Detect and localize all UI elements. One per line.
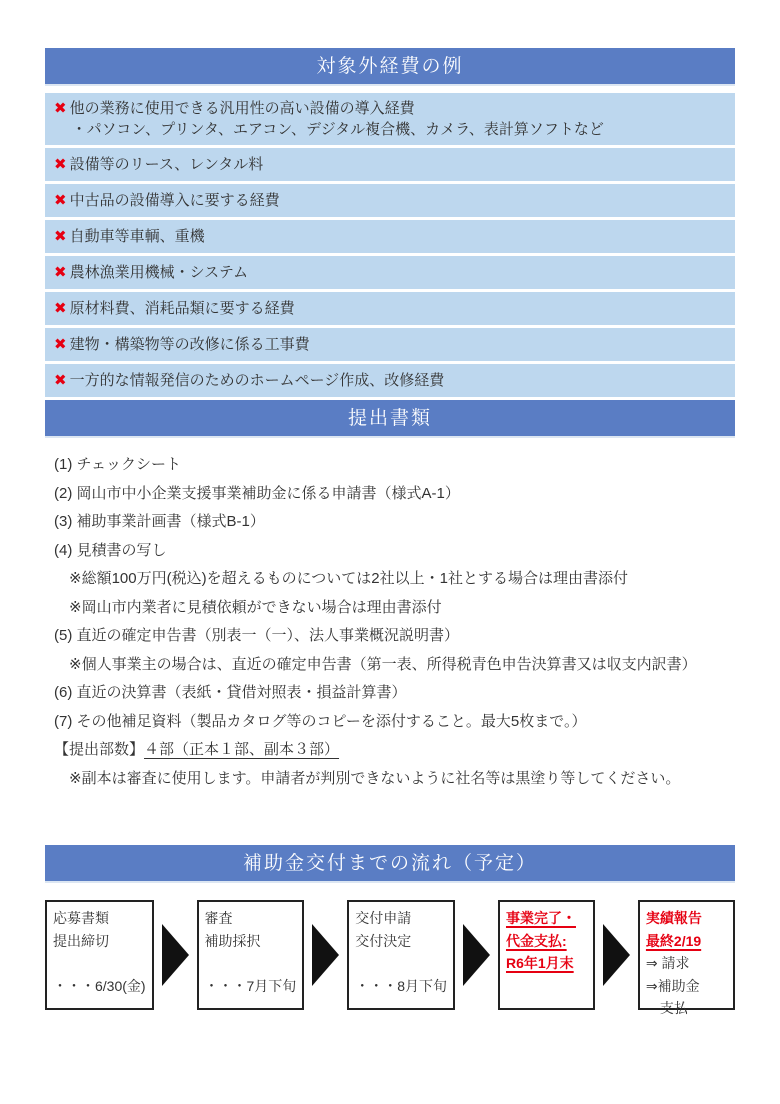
flow-step-grant-decision: 交付申請 交付決定 ・・・8月下旬 [347, 900, 455, 1010]
flow-step-result-report: 実績報告 最終2/19 ⇒ 請求 ⇒補助金 支払 [638, 900, 735, 1010]
doc-line: (5) 直近の確定申告書（別表一（一）、法人事業概況説明書） [54, 622, 726, 651]
section-header-flow: 補助金交付までの流れ（予定） [45, 845, 735, 883]
list-item: ✖ 農林漁業用機械・システム [45, 256, 735, 289]
flow-chart: 応募書類 提出締切 ・・・6/30(金) 審査 補助採択 ・・・7月下旬 交付申… [45, 900, 735, 1010]
doc-note-line: ※総額100万円(税込)を超えるものについては2社以上・1社とする場合は理由書添… [54, 565, 726, 594]
doc-note-line: ※個人事業主の場合は、直近の確定申告書（第一表、所得税青色申告決算書又は収支内訳… [54, 651, 726, 680]
x-mark-icon: ✖ [54, 262, 67, 283]
item-text: 農林漁業用機械・システム [70, 262, 726, 283]
documents-list: (1) チェックシート (2) 岡山市中小企業支援事業補助金に係る申請書（様式A… [45, 438, 735, 793]
list-item: ✖ 中古品の設備導入に要する経費 [45, 184, 735, 217]
submission-count-prefix: 【提出部数】 [54, 741, 144, 758]
item-text: 他の業務に使用できる汎用性の高い設備の導入経費 [70, 98, 726, 119]
doc-line: (6) 直近の決算書（表紙・貸借対照表・損益計算書） [54, 679, 726, 708]
doc-line: (4) 見積書の写し [54, 537, 726, 566]
excluded-expenses-list: ✖ 他の業務に使用できる汎用性の高い設備の導入経費 ・パソコン、プリンタ、エアコ… [45, 93, 735, 397]
item-text: 一方的な情報発信のためのホームページ作成、改修経費 [70, 370, 726, 391]
doc-line: (1) チェックシート [54, 451, 726, 480]
flow-step-project-completion: 事業完了・ 代金支払: R6年1月末 [498, 900, 595, 1010]
flow-arrow-icon [463, 924, 490, 986]
list-item: ✖ 一方的な情報発信のためのホームページ作成、改修経費 [45, 364, 735, 397]
x-mark-icon: ✖ [54, 334, 67, 355]
list-item: ✖ 設備等のリース、レンタル料 [45, 148, 735, 181]
section-header-documents: 提出書類 [45, 400, 735, 438]
x-mark-icon: ✖ [54, 154, 67, 175]
doc-note-line: ※岡山市内業者に見積依頼ができない場合は理由書添付 [54, 594, 726, 623]
list-item: ✖ 自動車等車輌、重機 [45, 220, 735, 253]
flow-arrow-icon [603, 924, 630, 986]
list-item: ✖ 他の業務に使用できる汎用性の高い設備の導入経費 ・パソコン、プリンタ、エアコ… [45, 93, 735, 145]
flow-arrow-icon [162, 924, 189, 986]
flow-step-review-adoption: 審査 補助採択 ・・・7月下旬 [197, 900, 305, 1010]
flow-arrow-icon [312, 924, 339, 986]
flow-step-application-deadline: 応募書類 提出締切 ・・・6/30(金) [45, 900, 154, 1010]
x-mark-icon: ✖ [54, 298, 67, 319]
item-text: 中古品の設備導入に要する経費 [70, 190, 726, 211]
doc-line: (7) その他補足資料（製品カタログ等のコピーを添付すること。最大5枚まで。） [54, 708, 726, 737]
x-mark-icon: ✖ [54, 226, 67, 247]
submission-count-value: ４部（正本１部、副本３部） [144, 741, 349, 758]
doc-line: (3) 補助事業計画書（様式B-1） [54, 508, 726, 537]
list-item: ✖ 原材料費、消耗品類に要する経費 [45, 292, 735, 325]
item-subtext: ・パソコン、プリンタ、エアコン、デジタル複合機、カメラ、表計算ソフトなど [70, 119, 726, 140]
section-header-excluded-expenses: 対象外経費の例 [45, 48, 735, 86]
item-text: 自動車等車輌、重機 [70, 226, 726, 247]
item-text: 設備等のリース、レンタル料 [70, 154, 726, 175]
submission-count-line: 【提出部数】４部（正本１部、副本３部） [54, 736, 726, 765]
item-text: 原材料費、消耗品類に要する経費 [70, 298, 726, 319]
doc-note-line: ※副本は審査に使用します。申請者が判別できないように社名等は黒塗り等してください… [54, 765, 726, 794]
x-mark-icon: ✖ [54, 190, 67, 211]
x-mark-icon: ✖ [54, 370, 67, 391]
x-mark-icon: ✖ [54, 98, 67, 119]
document-page: 対象外経費の例 ✖ 他の業務に使用できる汎用性の高い設備の導入経費 ・パソコン、… [0, 0, 780, 1104]
doc-line: (2) 岡山市中小企業支援事業補助金に係る申請書（様式A-1） [54, 480, 726, 509]
item-text: 建物・構築物等の改修に係る工事費 [70, 334, 726, 355]
list-item: ✖ 建物・構築物等の改修に係る工事費 [45, 328, 735, 361]
